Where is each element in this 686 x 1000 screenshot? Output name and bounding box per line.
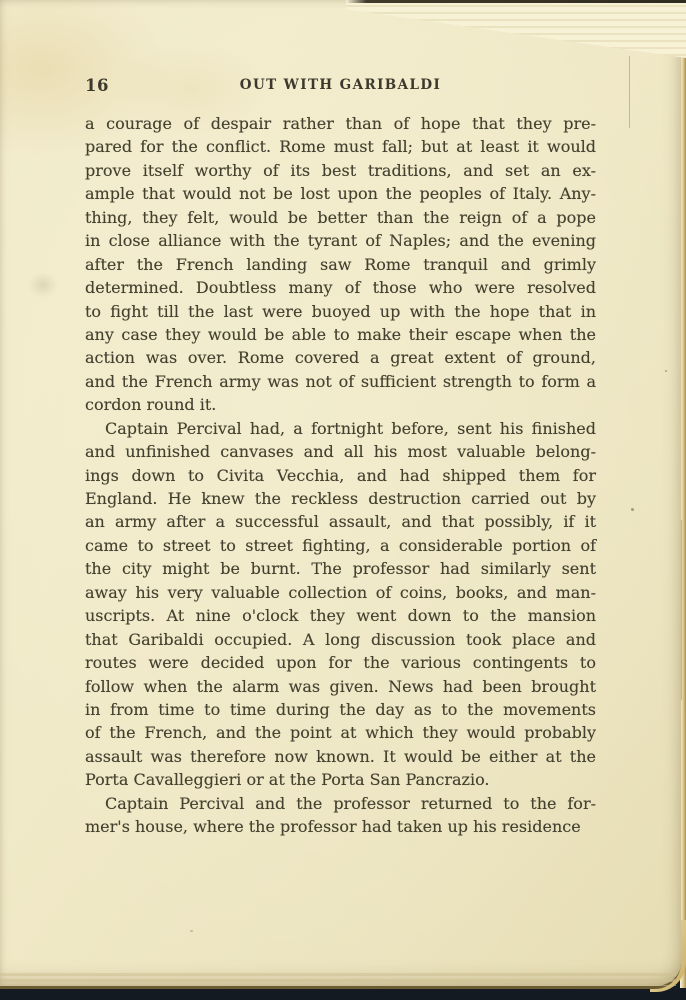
text-line: in from time to time during the day as t…: [85, 698, 596, 721]
text-line: after the French landing saw Rome tranqu…: [85, 253, 596, 276]
text-line: the city might be burnt. The professor h…: [85, 557, 596, 580]
text-line: action was over. Rome covered a great ex…: [85, 346, 596, 369]
text-line: routes were decided upon for the various…: [85, 651, 596, 674]
text-line: thing, they felt, would be better than t…: [85, 206, 596, 229]
text-line: and unfinished canvases and all his most…: [85, 440, 596, 463]
text-line: uscripts. At nine o'clock they went down…: [85, 604, 596, 627]
text-block: a courage of despair rather than of hope…: [85, 112, 596, 839]
text-line: cordon round it.: [85, 393, 596, 416]
page-header: 16 OUT WITH GARIBALDI: [85, 76, 596, 96]
book-scan: 16 OUT WITH GARIBALDI a courage of despa…: [0, 0, 686, 1000]
text-line: assault was therefore now known. It woul…: [85, 745, 596, 768]
text-line: to fight till the last were buoyed up wi…: [85, 300, 596, 323]
text-line: ample that would not be lost upon the pe…: [85, 182, 596, 205]
text-line: England. He knew the reckless destructio…: [85, 487, 596, 510]
text-line: that Garibaldi occupied. A long discussi…: [85, 628, 596, 651]
text-line: Captain Percival had, a fortnight before…: [85, 417, 596, 440]
text-line: Porta Cavalleggieri or at the Porta San …: [85, 768, 596, 791]
text-line: an army after a successful assault, and …: [85, 510, 596, 533]
text-line: mer's house, where the professor had tak…: [85, 815, 596, 838]
text-line: of the French, and the point at which th…: [85, 721, 596, 744]
text-line: and the French army was not of sufficien…: [85, 370, 596, 393]
text-line: came to street to street fighting, a con…: [85, 534, 596, 557]
printed-content: 16 OUT WITH GARIBALDI a courage of despa…: [0, 0, 686, 1000]
text-line: pared for the conflict. Rome must fall; …: [85, 135, 596, 158]
text-line: away his very valuable collection of coi…: [85, 581, 596, 604]
running-title: OUT WITH GARIBALDI: [85, 77, 596, 93]
text-line: determined. Doubtless many of those who …: [85, 276, 596, 299]
text-line: a courage of despair rather than of hope…: [85, 112, 596, 135]
text-line: Captain Percival and the professor retur…: [85, 792, 596, 815]
text-line: ings down to Civita Vecchia, and had shi…: [85, 464, 596, 487]
text-line: any case they would be able to make thei…: [85, 323, 596, 346]
text-line: follow when the alarm was given. News ha…: [85, 675, 596, 698]
text-line: in close alliance with the tyrant of Nap…: [85, 229, 596, 252]
text-line: prove itself worthy of its best traditio…: [85, 159, 596, 182]
